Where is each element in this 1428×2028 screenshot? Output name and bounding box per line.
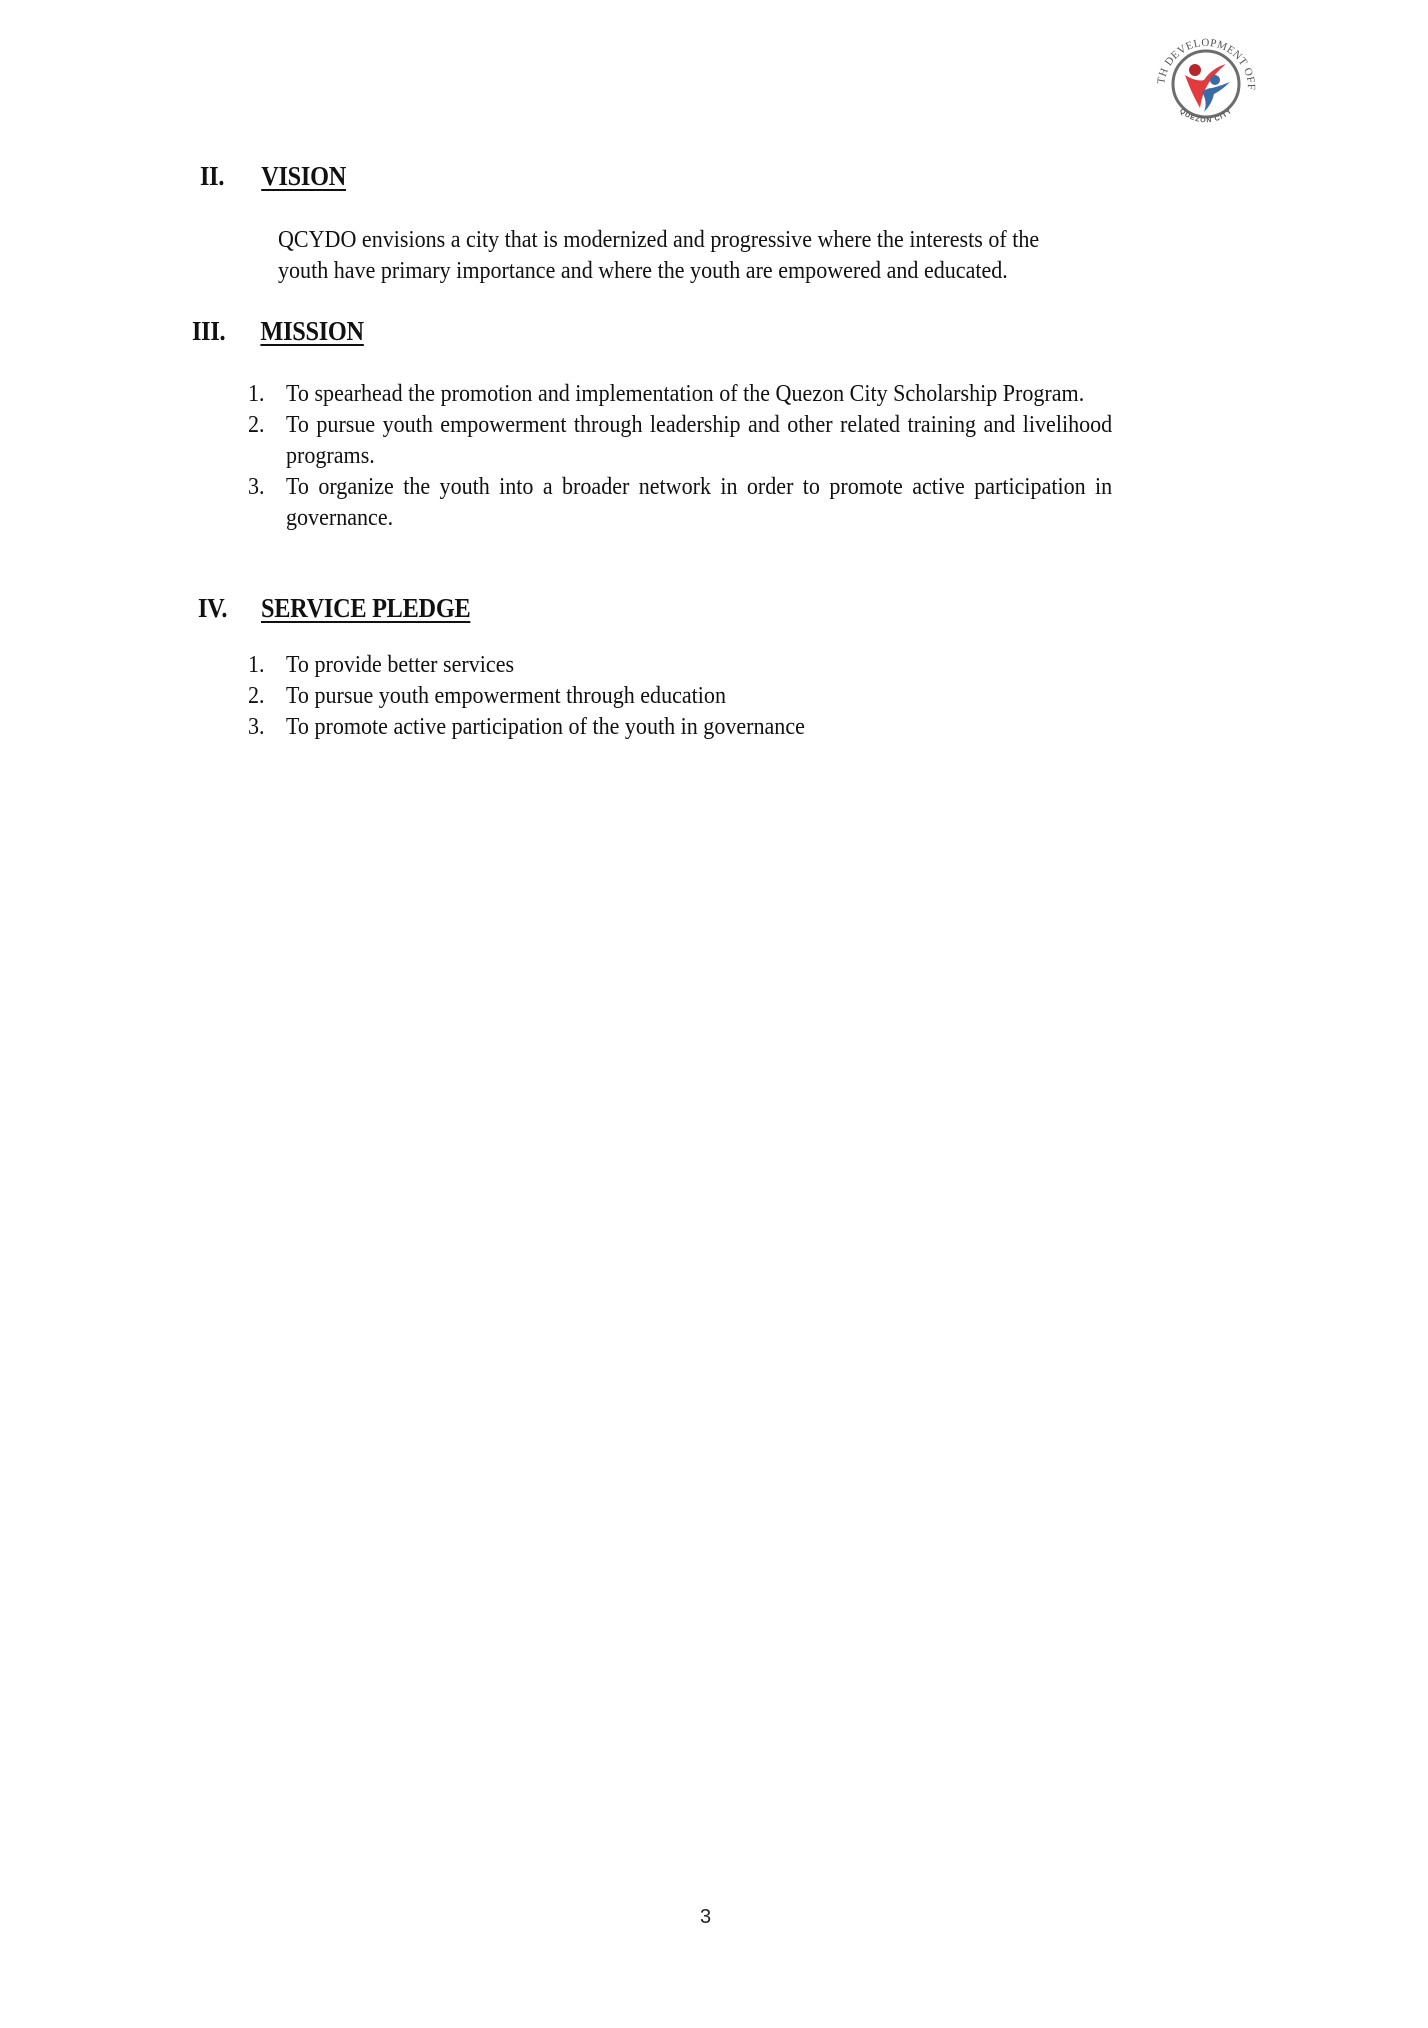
section-title: SERVICE PLEDGE [261, 592, 470, 624]
list-item-text: To pursue youth empowerment through educ… [286, 680, 1112, 711]
youth-development-office-logo: YOUTH DEVELOPMENT OFFICE QUEZON CITY [1150, 28, 1262, 140]
vision-paragraph: QCYDO envisions a city that is modernize… [278, 224, 1223, 286]
section-numeral: IV. [198, 592, 227, 624]
list-item-number: 2. [248, 680, 265, 711]
list-item-number: 3. [248, 711, 265, 742]
list-item-text: To promote active participation of the y… [286, 711, 1112, 742]
logo-emblem-icon: YOUTH DEVELOPMENT OFFICE QUEZON CITY [1150, 28, 1262, 140]
section-title: MISSION [260, 315, 363, 347]
list-item: 2. To pursue youth empowerment through e… [248, 680, 1206, 711]
list-item-text: To organize the youth into a broader net… [286, 471, 1112, 533]
section-numeral: III. [192, 315, 225, 347]
page-number: 3 [700, 1906, 711, 1929]
list-item-number: 3. [248, 471, 265, 502]
list-item: 1. To spearhead the promotion and implem… [248, 378, 1206, 409]
list-item: 3. To organize the youth into a broader … [248, 471, 1206, 533]
vision-line: QCYDO envisions a city that is modernize… [278, 224, 1223, 255]
mission-list: 1. To spearhead the promotion and implem… [248, 378, 1206, 533]
vision-line: youth have primary importance and where … [278, 255, 1223, 286]
list-item-number: 1. [248, 649, 265, 680]
section-heading-service-pledge: IV. SERVICE PLEDGE [198, 592, 648, 624]
list-item-text: To spearhead the promotion and implement… [286, 378, 1112, 409]
section-title: VISION [261, 160, 346, 192]
section-heading-mission: III. MISSION [192, 315, 552, 347]
section-numeral: II. [200, 160, 224, 192]
list-item: 1. To provide better services [248, 649, 1206, 680]
list-item: 2. To pursue youth empowerment through l… [248, 409, 1206, 471]
list-item-text: To pursue youth empowerment through lead… [286, 409, 1112, 471]
list-item-text: To provide better services [286, 649, 1112, 680]
list-item-number: 1. [248, 378, 265, 409]
section-heading-vision: II. VISION [200, 160, 560, 192]
list-item: 3. To promote active participation of th… [248, 711, 1206, 742]
list-item-number: 2. [248, 409, 265, 440]
service-pledge-list: 1. To provide better services 2. To purs… [248, 649, 1206, 742]
